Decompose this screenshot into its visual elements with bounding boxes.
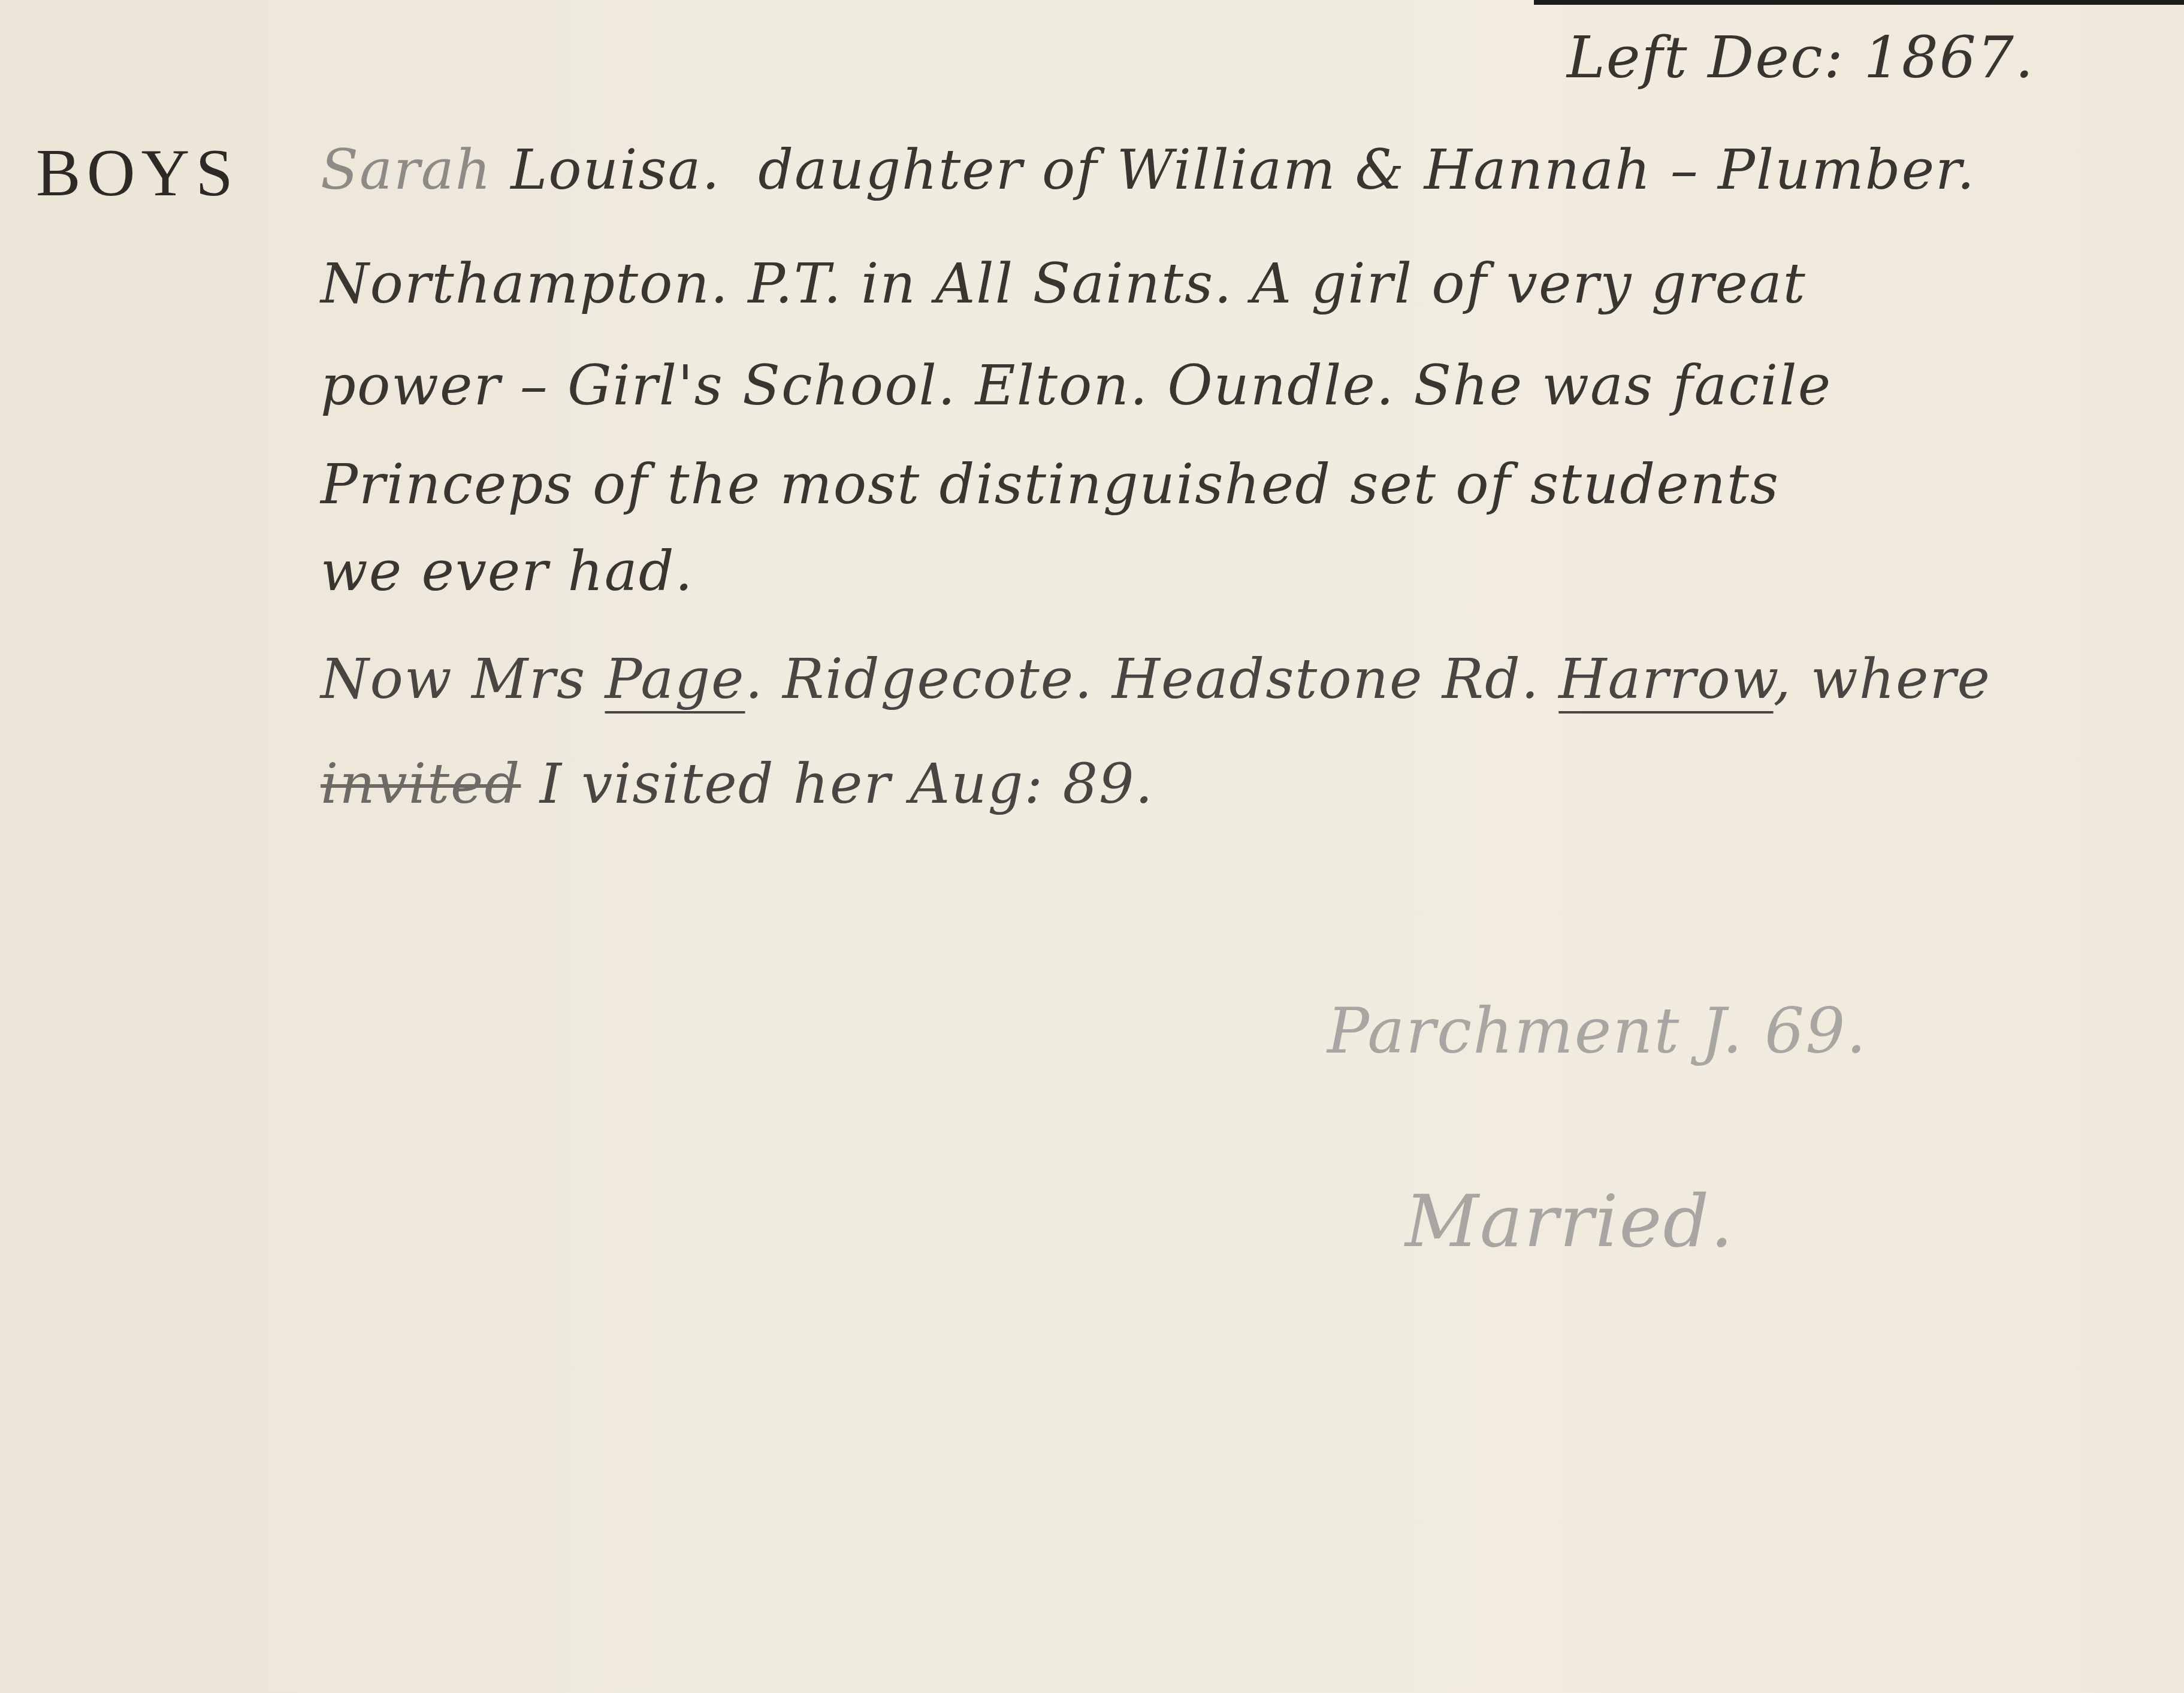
parentage-text: daughter of William & Hannah – Plumber. — [758, 138, 1975, 202]
entry-line-2: Northampton. P.T. in All Saints. A girl … — [321, 252, 1807, 316]
visit-text: I visited her Aug: 89. — [521, 752, 1153, 816]
married-note: Married. — [1405, 1180, 1735, 1263]
entry-line-1: Sarah Louisa. daughter of William & Hann… — [321, 138, 1975, 202]
entry-line-4: Princeps of the most distinguished set o… — [321, 452, 1780, 516]
now-mrs-text: Now Mrs — [321, 647, 605, 711]
entry-line-3: power – Girl's School. Elton. Oundle. Sh… — [321, 353, 1832, 418]
card-top-edge-shadow — [1534, 0, 2184, 5]
first-name: Sarah — [321, 138, 492, 202]
married-name: Page — [605, 647, 745, 711]
left-date-note: Left Dec: 1867. — [1567, 24, 2034, 91]
struck-word: invited — [321, 752, 521, 816]
address-text: . Ridgecote. Headstone Rd. — [745, 647, 1559, 711]
entry-line-7: invited I visited her Aug: 89. — [321, 752, 1154, 816]
where-text: , where — [1774, 647, 1991, 711]
town-name: Harrow — [1558, 647, 1773, 711]
entry-line-6: Now Mrs Page. Ridgecote. Headstone Rd. H… — [321, 647, 1991, 711]
surname-heading: BOYS — [36, 135, 239, 212]
entry-line-5: we ever had. — [321, 539, 694, 603]
middle-name: Louisa. — [510, 138, 720, 202]
index-card: Left Dec: 1867. BOYS Sarah Louisa. daugh… — [0, 0, 2184, 1693]
parchment-note: Parchment J. 69. — [1327, 994, 1867, 1068]
